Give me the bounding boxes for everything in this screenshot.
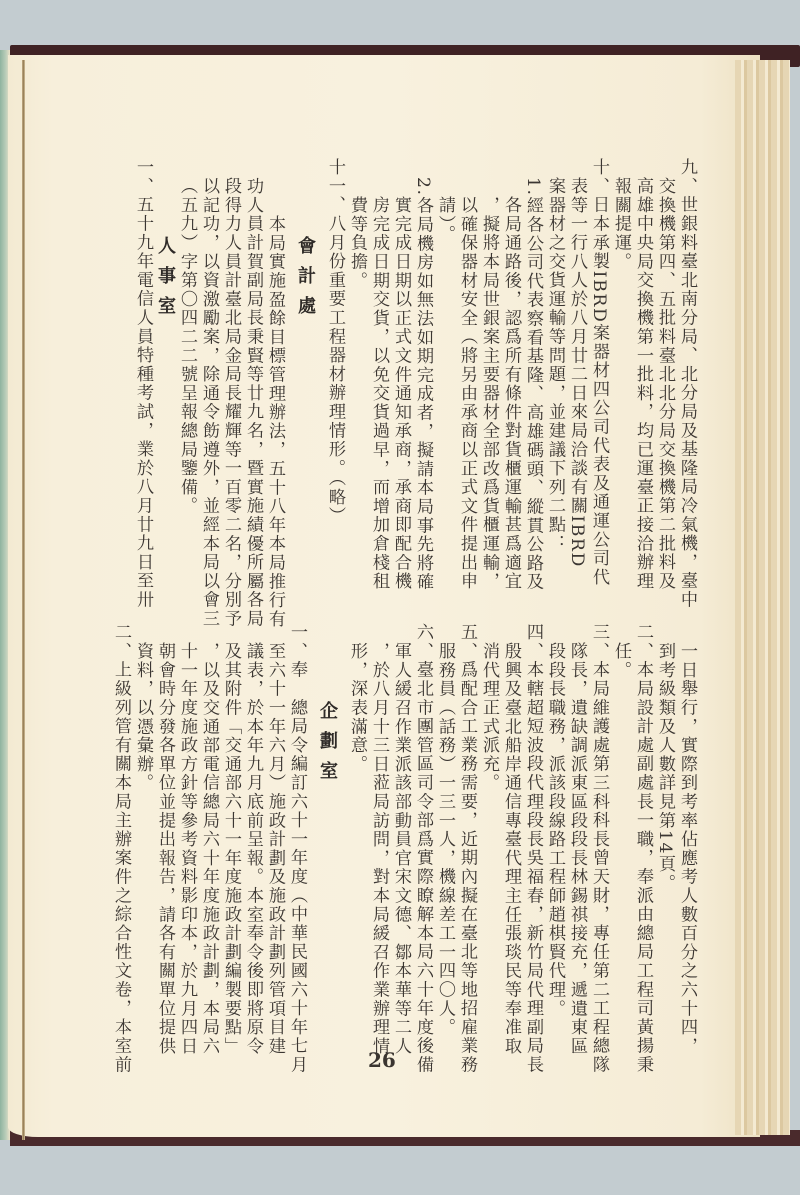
personnel-item-1-line-3: 到考級類及人數詳見第14頁。 xyxy=(654,623,676,893)
page-stack-edges xyxy=(735,60,790,1135)
accounting-line-4: 以記功，以資激勵案，除通令飭遵外，並經本局以會三 xyxy=(198,158,220,628)
item-10-point-2-line-3: 房完成日期交貨，以免交貨過早，而增加倉棧租 xyxy=(368,158,390,591)
item-10-point-2-line-2: 實完成日期以正式文件通知承商，承商即配合機 xyxy=(390,158,412,591)
personnel-item-1-line-1: 一、五十九年電信人員特種考試，業於八月廿九日至卅 xyxy=(132,158,154,609)
item-10-line-1: 十、日本承製IBRD案器材四公司代表及通運公司代 xyxy=(588,158,610,587)
item-10-point-2-line-1: 2.各局機房如無法如期完成者，擬請本局事先將確 xyxy=(412,158,434,591)
upper-text-block: 九、世銀料臺北南分局、北分局及基隆局冷氣機，臺中 交換機第四、五批料臺北北分局交… xyxy=(78,158,698,598)
item-10-point-1-line-1: 1.經各公司代表察看基隆、高雄碼頭、縱貫公路及 xyxy=(522,158,544,591)
accounting-line-2: 功人員計賀副局長秉賢等廿九名，暨實施績優所屬各局 xyxy=(242,158,264,628)
item-10-line-2: 表等一行八人於八月廿二日來局洽談有關IBRD xyxy=(566,158,588,568)
item-10-line-3: 案器材之交貨運輸等問題，並建議下列二點： xyxy=(544,158,566,553)
personnel-item-3-line-1: 三、本局維護處第三科科長曾天財，專任第二工程總隊 xyxy=(588,623,610,1074)
section-heading-planning: 企劃室 xyxy=(316,623,338,791)
accounting-line-1: 本局實施盈餘目標管理辦法，五十八年本局推行有 xyxy=(264,158,286,629)
item-10-point-1-line-2: 各局通路後，認爲所有條件對貨櫃運輸甚爲適宜 xyxy=(500,158,522,591)
planning-item-1-line-3: 議表，於本年九月底前呈報。本室奉令後即將原令 xyxy=(242,623,264,1056)
personnel-item-3-line-3: 段段長職務，派該段線路工程師趙棋賢代理。 xyxy=(544,623,566,1018)
personnel-item-6-line-4: 形，深表滿意。 xyxy=(346,623,368,774)
personnel-item-1-line-2: 一日舉行，實際到考率佔應考人數百分之六十四， xyxy=(676,623,698,1056)
personnel-item-6-line-2: 軍人緩召作業派該部動員官宋文德、鄒本華等二人 xyxy=(390,623,412,1056)
page-number: 26 xyxy=(368,1048,396,1072)
personnel-item-6-line-1: 六、臺北市團管區司令部爲實際瞭解本局六十年度後備 xyxy=(412,623,434,1074)
personnel-item-2-line-1: 二、本局設計處副處長一職，奉派由總局工程司黃揚秉 xyxy=(632,623,654,1074)
personnel-item-2-line-2: 任。 xyxy=(610,623,632,680)
personnel-item-4-line-2: 殷興及臺北船岸通信專臺代理主任張琰民等奉准取 xyxy=(500,623,522,1056)
section-heading-accounting: 會計處 xyxy=(294,158,316,326)
planning-item-1-line-4: 及其附件「交通部六十一年度施政計劃編製要點」 xyxy=(220,623,242,1056)
personnel-item-5-line-2: 服務員（話務）一三一人，機線差工一四〇人。 xyxy=(434,623,456,1037)
planning-item-1-line-1: 一、奉 總局令編訂六十一年度（中華民國六十年七月 xyxy=(286,623,308,1074)
item-9-line-4: 報關提運。 xyxy=(610,158,632,271)
planning-item-2-line-1: 二、上級列管有關本局主辦案件之綜合性文卷，本室前 xyxy=(110,623,132,1074)
page-text-area: 九、世銀料臺北南分局、北分局及基隆局冷氣機，臺中 交換機第四、五批料臺北北分局交… xyxy=(78,158,698,1038)
item-10-point-1-line-4: 以確保器材安全（將另由承商以正式文件提出申 xyxy=(456,158,478,591)
item-9-line-1: 九、世銀料臺北南分局、北分局及基隆局冷氣機，臺中 xyxy=(676,158,698,609)
item-10-point-2-line-4: 費等負擔。 xyxy=(346,158,368,290)
personnel-item-4-line-3: 消代理正式派充。 xyxy=(478,623,500,792)
section-heading-personnel: 人事室 xyxy=(154,158,176,326)
personnel-item-4-line-1: 四、本轄超短波段代理段長吳福春，新竹局代理副局長 xyxy=(522,623,544,1074)
planning-item-1-line-7: 朝會時分發各單位並提出報告，請各有關單位提供 xyxy=(154,623,176,1056)
item-11-line-1: 十一、八月份重要工程器材辦理情形。（略） xyxy=(324,158,346,525)
lower-text-block: 一日舉行，實際到考率佔應考人數百分之六十四， 到考級類及人數詳見第14頁。 二、… xyxy=(78,623,698,1043)
planning-item-1-line-5: ，以及交通部電信總局六十年度施政計劃，本局六 xyxy=(198,623,220,1056)
personnel-item-5-line-1: 五、爲配合工業務需要，近期內擬在臺北等地招雇業務 xyxy=(456,623,478,1074)
accounting-line-3: 段得力人員計臺北局金局長耀輝等一百零二名，分別予 xyxy=(220,158,242,628)
personnel-item-6-line-3: ，於八月十三日蒞局訪問，對本局緩召作業辦理情 xyxy=(368,623,390,1056)
planning-item-1-line-6: 十一年度施政方針等參考資料影印本，於九月四日 xyxy=(176,623,198,1056)
accounting-line-5: （五九）字第〇四二二號呈報總局鑒備。 xyxy=(176,158,198,515)
planning-item-1-line-2: 至六十一年六月）施政計劃及施政計劃列管項目建 xyxy=(264,623,286,1056)
item-9-line-2: 交換機第四、五批料臺北北分局交換機第二批料及 xyxy=(654,158,676,591)
page-gutter xyxy=(22,60,25,1140)
item-10-point-1-line-3: ，擬將本局世銀案主要器材全部改爲貨櫃運輸， xyxy=(478,158,500,591)
item-10-point-1-line-5: 請）。 xyxy=(434,158,456,244)
item-9-line-3: 高雄中央局交換機第一批料，均已運臺正接洽辦理 xyxy=(632,158,654,591)
personnel-item-3-line-2: 隊長，遺缺調派東區段段長林錫祺接充，遞遺東區 xyxy=(566,623,588,1056)
planning-item-1-line-8: 資料，以憑彙辦。 xyxy=(132,623,154,792)
